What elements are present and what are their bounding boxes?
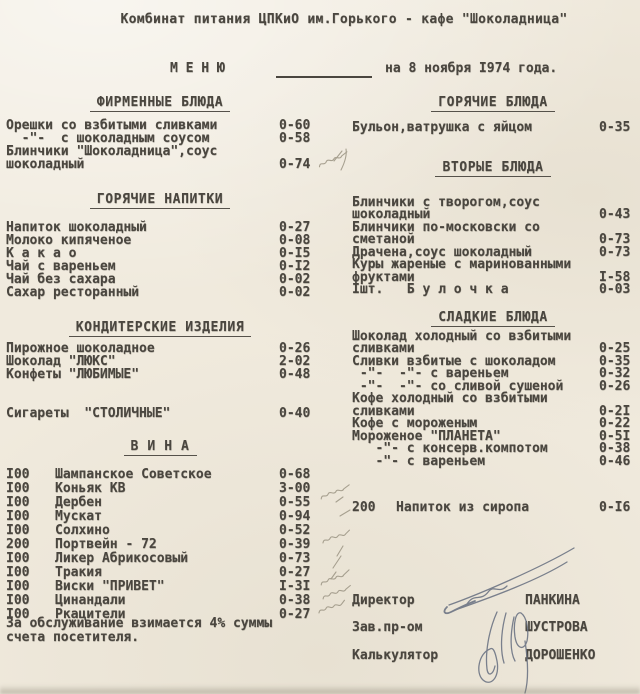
menu-item-name: Конфеты "ЛЮБИМЫЕ" bbox=[6, 368, 279, 381]
signatory-role: Калькулятор bbox=[352, 649, 525, 662]
menu-item-name: Бульон,ватрушка с яйцом bbox=[352, 122, 599, 135]
menu-item-row: Кофе холодный со взбитыми сливками0-2I bbox=[352, 393, 634, 418]
menu-item-qty: 200 bbox=[352, 502, 396, 515]
menu-item-row: Шоколад холодный со взбитыми сливками0-2… bbox=[352, 331, 634, 356]
menu-item-price: 0-26 bbox=[599, 381, 634, 394]
menu-item-price: 0-46 bbox=[599, 456, 634, 469]
menu-item-price: 0-39 bbox=[279, 538, 314, 551]
menu-item-name: Блинчики по-московски со сметаной bbox=[352, 222, 599, 247]
menu-item-row: I00Тракия0-27 bbox=[6, 566, 314, 579]
menu-item-name: Цинандали bbox=[55, 594, 279, 607]
menu-item-qty: I00 bbox=[6, 524, 55, 537]
section-title: ГОРЯЧИЕ БЛЮДА bbox=[431, 96, 555, 112]
menu-item-price: 0-55 bbox=[279, 496, 314, 509]
menu-item-price: 0-40 bbox=[279, 407, 314, 420]
menu-item-name: Ликер Абрикосовый bbox=[55, 552, 279, 565]
menu-item-row: Блинчики "Шоколадница",соус шоколадный0-… bbox=[6, 145, 314, 171]
menu-section: ВТОРЫЕ БЛЮДАБлинчики с творогом,соус шок… bbox=[352, 161, 634, 297]
menu-item-price: 0-38 bbox=[279, 594, 314, 607]
menu-item-price: 0-35 bbox=[599, 122, 634, 135]
signatory-role: Директор bbox=[352, 594, 525, 607]
org-title: Комбинат питания ЦПКиО им.Горького - каф… bbox=[0, 12, 640, 27]
menu-item-row: 200Портвейн - 720-39 bbox=[6, 538, 314, 551]
menu-item-qty: I00 bbox=[6, 482, 55, 495]
menu-item-name: Дербен bbox=[55, 496, 279, 509]
menu-item-row: Сигареты "СТОЛИЧНЫЕ"0-40 bbox=[6, 407, 314, 420]
menu-item-name: Солхино bbox=[55, 524, 279, 537]
menu-item-price: 3-00 bbox=[279, 482, 314, 495]
menu-item-price: 0-74 bbox=[279, 158, 314, 171]
section-title: В И Н А bbox=[124, 440, 197, 456]
menu-item-name: Шоколад холодный со взбитыми сливками bbox=[352, 331, 599, 356]
menu-item-row: I00Шампанское Советское0-68 bbox=[6, 468, 314, 481]
menu-item-row: Сахар ресторанный0-02 bbox=[6, 286, 314, 299]
menu-item-row: -"- с вареньем0-46 bbox=[352, 456, 634, 469]
menu-item-price: 0-73 bbox=[279, 552, 314, 565]
pencil-marks bbox=[318, 149, 352, 613]
menu-item-row: Конфеты "ЛЮБИМЫЕ"0-48 bbox=[6, 368, 314, 381]
signatory-row: КалькуляторДОРОШЕНКО bbox=[352, 649, 634, 662]
blank-underline bbox=[276, 62, 372, 78]
menu-item-name: Кофе холодный со взбитыми сливками bbox=[352, 393, 599, 418]
photo-edge-shadow bbox=[0, 685, 640, 694]
menu-item-price: 0-58 bbox=[279, 132, 314, 145]
menu-item-price: 0-94 bbox=[279, 510, 314, 523]
menu-item-price: 0-48 bbox=[279, 368, 314, 381]
left-column: ФИРМЕННЫЕ БЛЮДАОрешки со взбитыми сливка… bbox=[6, 96, 314, 622]
menu-item-name: Сахар ресторанный bbox=[6, 286, 279, 299]
menu-item-price: 0-I6 bbox=[599, 502, 634, 515]
menu-item-name: Блинчики с творогом,соус шоколадный bbox=[352, 197, 599, 222]
menu-item-qty: I00 bbox=[6, 552, 55, 565]
menu-section: В И Н АI00Шампанское Советское0-68I00Кон… bbox=[6, 440, 314, 621]
menu-item-row: I00Виски "ПРИВЕТ"I-3I bbox=[6, 580, 314, 593]
menu-item-qty: I00 bbox=[6, 496, 55, 509]
menu-item-row: Бульон,ватрушка с яйцом0-35 bbox=[352, 122, 634, 135]
signatory-row: Зав.пр-омШУСТРОВА bbox=[352, 621, 634, 634]
menu-item-price: 0-43 bbox=[599, 209, 634, 222]
menu-section: КОНДИТЕРСКИЕ ИЗДЕЛИЯПирожное шоколадное0… bbox=[6, 321, 314, 381]
menu-item-name: Портвейн - 72 bbox=[55, 538, 279, 551]
menu-section: Сигареты "СТОЛИЧНЫЕ"0-40 bbox=[6, 407, 314, 420]
menu-item-price: 0-03 bbox=[599, 284, 634, 297]
menu-item-row: I00Коньяк КВ3-00 bbox=[6, 482, 314, 495]
menu-item-row: Блинчики с творогом,соус шоколадный0-43 bbox=[352, 197, 634, 222]
menu-item-price: 0-27 bbox=[279, 566, 314, 579]
section-title: ФИРМЕННЫЕ БЛЮДА bbox=[90, 96, 230, 112]
menu-section: ГОРЯЧИЕ БЛЮДАБульон,ватрушка с яйцом0-35 bbox=[352, 96, 634, 135]
menu-item-row: I00Солхино0-52 bbox=[6, 524, 314, 537]
menu-section: 200Напиток из сиропа0-I6 bbox=[352, 502, 634, 515]
menu-item-name: Виски "ПРИВЕТ" bbox=[55, 580, 279, 593]
menu-item-qty: I00 bbox=[6, 510, 55, 523]
menu-item-qty: I00 bbox=[6, 566, 55, 579]
signatory-name: ШУСТРОВА bbox=[525, 621, 634, 634]
menu-item-row: Куры жареные с маринованными фруктамиI-5… bbox=[352, 259, 634, 284]
menu-item-qty: I00 bbox=[6, 468, 55, 481]
menu-item-qty: I00 bbox=[6, 594, 55, 607]
menu-item-price: I-3I bbox=[279, 580, 314, 593]
menu-item-price: 0-52 bbox=[279, 524, 314, 537]
menu-item-row: Блинчики по-московски со сметаной0-73 bbox=[352, 222, 634, 247]
menu-item-name: -"- с вареньем bbox=[352, 456, 599, 469]
menu-item-name: Мускат bbox=[55, 510, 279, 523]
section-title: КОНДИТЕРСКИЕ ИЗДЕЛИЯ bbox=[69, 321, 252, 337]
menu-item-price: 0-68 bbox=[279, 468, 314, 481]
menu-item-row: 200Напиток из сиропа0-I6 bbox=[352, 502, 634, 515]
menu-date: на 8 ноября I974 года. bbox=[385, 61, 557, 76]
section-title: СЛАДКИЕ БЛЮДА bbox=[431, 311, 555, 327]
menu-item-name: Коньяк КВ bbox=[55, 482, 279, 495]
signatory-name: ДОРОШЕНКО bbox=[525, 649, 634, 662]
menu-item-name: Блинчики "Шоколадница",соус шоколадный bbox=[6, 145, 279, 171]
signatories-block: ДиректорПАНКИНАЗав.пр-омШУСТРОВАКалькуля… bbox=[352, 594, 634, 662]
menu-item-row: Iшт. Б у л о ч к а0-03 bbox=[352, 284, 634, 297]
menu-item-qty: 200 bbox=[6, 538, 55, 551]
menu-item-name: Напиток из сиропа bbox=[396, 502, 599, 515]
menu-item-row: I00Дербен0-55 bbox=[6, 496, 314, 509]
menu-item-name: Тракия bbox=[55, 566, 279, 579]
menu-section: ГОРЯЧИЕ НАПИТКИНапиток шоколадный0-27Мол… bbox=[6, 193, 314, 299]
menu-item-name: Куры жареные с маринованными фруктами bbox=[352, 259, 599, 284]
section-title: ВТОРЫЕ БЛЮДА bbox=[435, 161, 550, 177]
service-charge-note: За обслуживание взимается 4% суммы счета… bbox=[6, 617, 306, 645]
menu-item-qty: I00 bbox=[6, 580, 55, 593]
menu-item-name: Сигареты "СТОЛИЧНЫЕ" bbox=[6, 407, 279, 420]
section-title: ГОРЯЧИЕ НАПИТКИ bbox=[90, 193, 230, 209]
menu-item-price: 0-02 bbox=[279, 286, 314, 299]
signatory-name: ПАНКИНА bbox=[525, 594, 634, 607]
menu-item-name: Iшт. Б у л о ч к а bbox=[352, 284, 599, 297]
menu-section: СЛАДКИЕ БЛЮДАШоколад холодный со взбитым… bbox=[352, 311, 634, 469]
menu-item-price: 0-73 bbox=[599, 247, 634, 260]
signatory-row: ДиректорПАНКИНА bbox=[352, 594, 634, 607]
menu-heading: М Е Н Ю bbox=[170, 61, 225, 76]
menu-item-row: I00Мускат0-94 bbox=[6, 510, 314, 523]
menu-item-name: Шампанское Советское bbox=[55, 468, 279, 481]
menu-item-row: I00Цинандали0-38 bbox=[6, 594, 314, 607]
menu-item-row: I00Ликер Абрикосовый0-73 bbox=[6, 552, 314, 565]
right-column: ГОРЯЧИЕ БЛЮДАБульон,ватрушка с яйцом0-35… bbox=[352, 96, 634, 676]
signatory-role: Зав.пр-ом bbox=[352, 621, 525, 634]
menu-section: ФИРМЕННЫЕ БЛЮДАОрешки со взбитыми сливка… bbox=[6, 96, 314, 171]
